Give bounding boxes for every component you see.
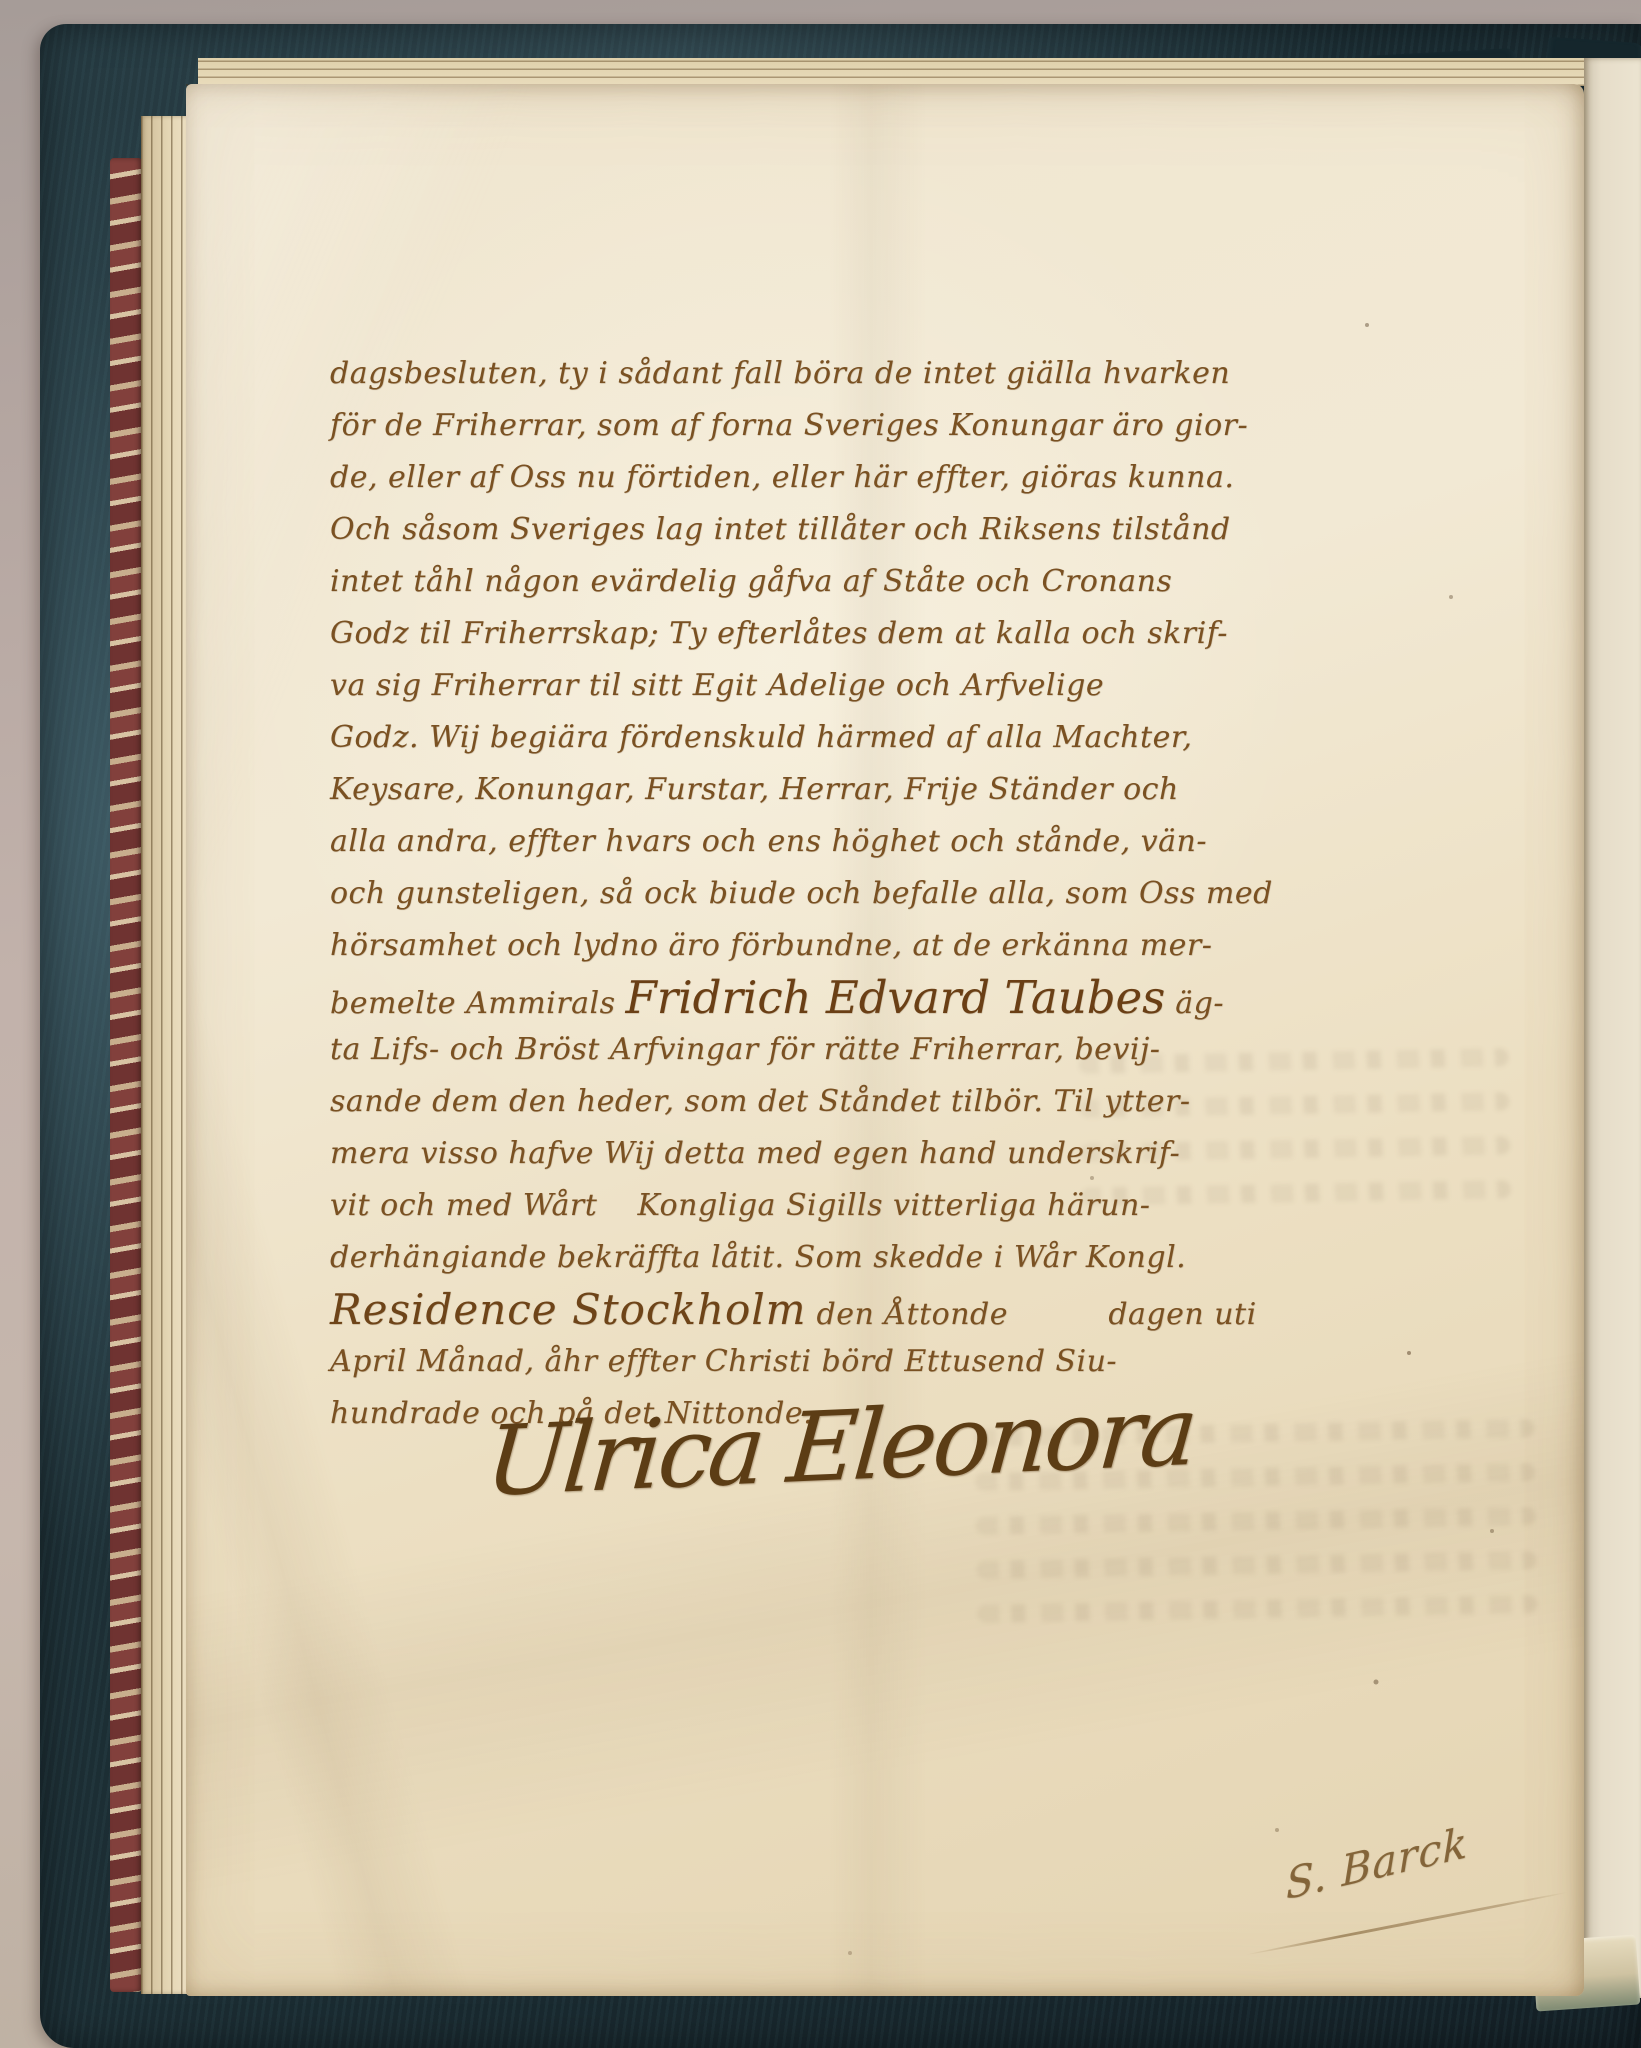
manuscript-line-grantee: bemelte Ammirals Fridrich Edvard Taubes … (330, 972, 1210, 1024)
foxing-specks (186, 84, 188, 86)
grantee-name: Fridrich Edvard Taubes (626, 971, 1166, 1024)
manuscript-line-place: Residence Stockholm den Åttonde dagen ut… (330, 1284, 1210, 1336)
manuscript-line: de, eller af Oss nu förtiden, eller här … (330, 452, 1210, 504)
manuscript-line: Och såsom Sveriges lag intet tillåter oc… (330, 504, 1210, 556)
top-page-edges (198, 58, 1586, 86)
manuscript-line: intet tåhl någon evärdelig gåfva af Ståt… (330, 556, 1210, 608)
manuscript-text: dagsbesluten, ty i sådant fall böra de i… (330, 348, 1210, 1440)
manuscript-line: va sig Friherrar til sitt Egit Adelige o… (330, 660, 1210, 712)
manuscript-line: mera visso hafve Wij detta med egen hand… (330, 1128, 1210, 1180)
manuscript-line: alla andra, effter hvars och ens höghet … (330, 816, 1210, 868)
manuscript-line: derhängiande bekräffta låtit. Som skedde… (330, 1232, 1210, 1284)
line-text: den Åttonde dagen uti (807, 1297, 1257, 1332)
manuscript-line: dagsbesluten, ty i sådant fall böra de i… (330, 348, 1210, 400)
countersignature: S. Barck (1282, 1826, 1582, 1976)
manuscript-line: Godz. Wij begiära fördenskuld härmed af … (330, 712, 1210, 764)
countersignature-text: S. Barck (1285, 1792, 1578, 1910)
line-text: bemelte Ammirals (330, 986, 626, 1021)
manuscript-line: ta Lifs- och Bröst Arfvingar för rätte F… (330, 1024, 1210, 1076)
manuscript-line: för de Friherrar, som af forna Sveriges … (330, 400, 1210, 452)
manuscript-line: och gunsteligen, så ock biude och befall… (330, 868, 1210, 920)
line-text: äg- (1165, 986, 1224, 1021)
manuscript-line: Keysare, Konungar, Furstar, Herrar, Frij… (330, 764, 1210, 816)
manuscript-line: sande dem den heder, som det Ståndet til… (330, 1076, 1210, 1128)
facing-page (1584, 58, 1641, 1998)
manuscript-page: dagsbesluten, ty i sådant fall böra de i… (186, 84, 1584, 1996)
manuscript-line: vit och med Wårt Kongliga Sigills vitter… (330, 1180, 1210, 1232)
place-name: Residence Stockholm (330, 1285, 807, 1334)
book-scan: dagsbesluten, ty i sådant fall böra de i… (0, 0, 1641, 2048)
manuscript-line: Godz til Friherrskap; Ty efterlåtes dem … (330, 608, 1210, 660)
manuscript-line: hörsamhet och lydno äro förbundne, at de… (330, 920, 1210, 972)
marbled-page-edge (110, 158, 142, 1992)
left-page-edges (141, 116, 187, 1994)
